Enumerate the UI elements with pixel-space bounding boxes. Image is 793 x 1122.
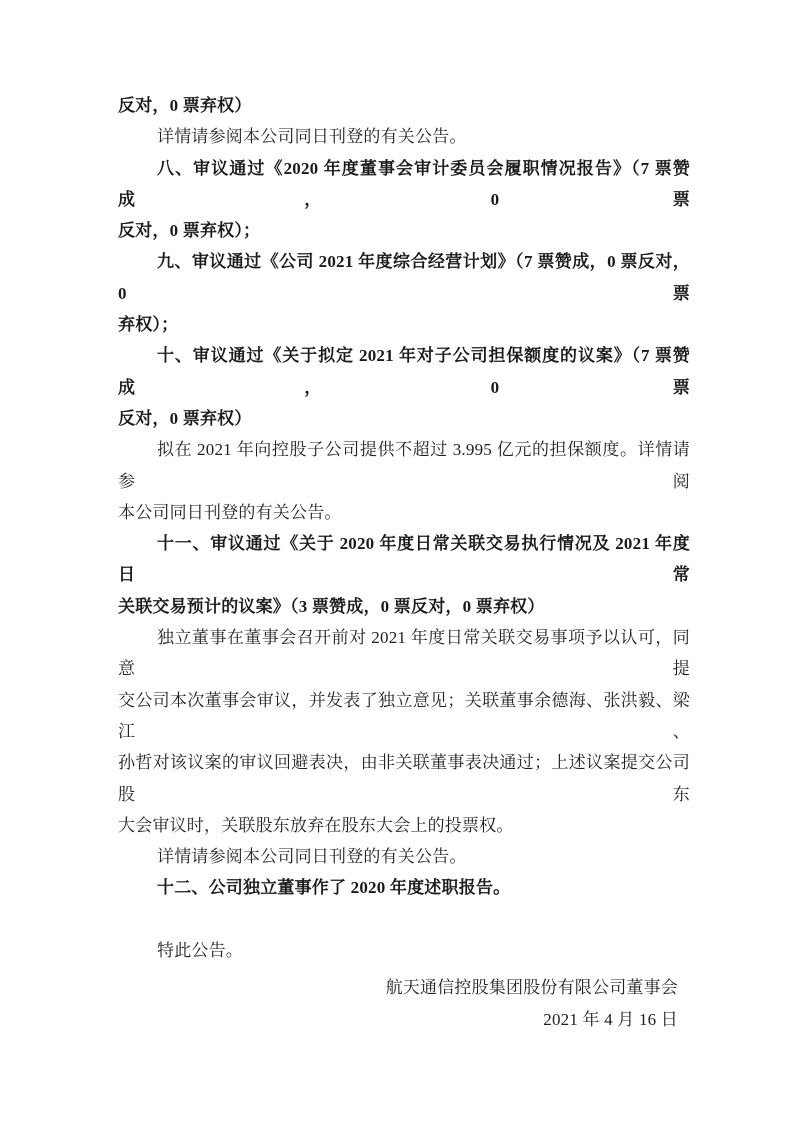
item-11-notice: 详情请参阅本公司同日刊登的有关公告。	[118, 841, 690, 872]
item-11-notice-line-1: 详情请参阅本公司同日刊登的有关公告。	[118, 841, 690, 872]
item-7-votes-continuation-line-1: 反对，0 票弃权）	[118, 90, 690, 121]
item-7-detail-line-1: 详情请参阅本公司同日刊登的有关公告。	[118, 121, 690, 152]
item-8-heading-line-1: 八、审议通过《2020 年度董事会审计委员会履职情况报告》（7 票赞成，0 票	[118, 153, 690, 216]
item-11-detail-line-1: 独立董事在董事会召开前对 2021 年度日常关联交易事项予以认可，同意提	[118, 622, 690, 685]
document-body: 反对，0 票弃权）详情请参阅本公司同日刊登的有关公告。八、审议通过《2020 年…	[118, 90, 690, 1035]
item-12-heading: 十二、公司独立董事作了 2020 年度述职报告。	[118, 872, 690, 903]
closing-statement: 特此公告。	[118, 935, 690, 966]
item-10-detail-line-2: 本公司同日刊登的有关公告。	[118, 497, 690, 528]
item-10-heading-line-1: 十、审议通过《关于拟定 2021 年对子公司担保额度的议案》（7 票赞成，0 票	[118, 340, 690, 403]
item-10-heading: 十、审议通过《关于拟定 2021 年对子公司担保额度的议案》（7 票赞成，0 票…	[118, 340, 690, 434]
item-11-heading-line-2: 关联交易预计的议案》（3 票赞成，0 票反对，0 票弃权）	[118, 591, 690, 622]
item-12-heading-line-1: 十二、公司独立董事作了 2020 年度述职报告。	[118, 872, 690, 903]
closing-statement-line-1: 特此公告。	[118, 935, 690, 966]
item-9-heading-line-2: 弃权）；	[118, 309, 690, 340]
item-8-heading-line-2: 反对，0 票弃权）；	[118, 215, 690, 246]
item-9-heading-line-1: 九、审议通过《公司 2021 年度综合经营计划》（7 票赞成，0 票反对，0 票	[118, 246, 690, 309]
document-page: 反对，0 票弃权）详情请参阅本公司同日刊登的有关公告。八、审议通过《2020 年…	[0, 0, 793, 1122]
item-9-heading: 九、审议通过《公司 2021 年度综合经营计划》（7 票赞成，0 票反对，0 票…	[118, 246, 690, 340]
item-11-detail-line-2: 交公司本次董事会审议，并发表了独立意见；关联董事余德海、张洪毅、梁江、	[118, 685, 690, 748]
item-8-heading: 八、审议通过《2020 年度董事会审计委员会履职情况报告》（7 票赞成，0 票反…	[118, 153, 690, 247]
signature-company: 航天通信控股集团股份有限公司董事会	[118, 972, 690, 1003]
item-10-detail: 拟在 2021 年向控股子公司提供不超过 3.995 亿元的担保额度。详情请参阅…	[118, 434, 690, 528]
item-11-detail: 独立董事在董事会召开前对 2021 年度日常关联交易事项予以认可，同意提交公司本…	[118, 622, 690, 841]
item-7-votes-continuation: 反对，0 票弃权）	[118, 90, 690, 121]
signature-company-line-1: 航天通信控股集团股份有限公司董事会	[118, 972, 690, 1003]
signature-date: 2021 年 4 月 16 日	[118, 1004, 690, 1035]
item-11-heading-line-1: 十一、审议通过《关于 2020 年度日常关联交易执行情况及 2021 年度日常	[118, 528, 690, 591]
signature-date-line-1: 2021 年 4 月 16 日	[118, 1004, 690, 1035]
item-11-detail-line-4: 大会审议时，关联股东放弃在股东大会上的投票权。	[118, 810, 690, 841]
item-11-detail-line-3: 孙哲对该议案的审议回避表决，由非关联董事表决通过；上述议案提交公司股东	[118, 747, 690, 810]
item-7-detail: 详情请参阅本公司同日刊登的有关公告。	[118, 121, 690, 152]
item-10-heading-line-2: 反对，0 票弃权）	[118, 403, 690, 434]
item-10-detail-line-1: 拟在 2021 年向控股子公司提供不超过 3.995 亿元的担保额度。详情请参阅	[118, 434, 690, 497]
item-11-heading: 十一、审议通过《关于 2020 年度日常关联交易执行情况及 2021 年度日常关…	[118, 528, 690, 622]
